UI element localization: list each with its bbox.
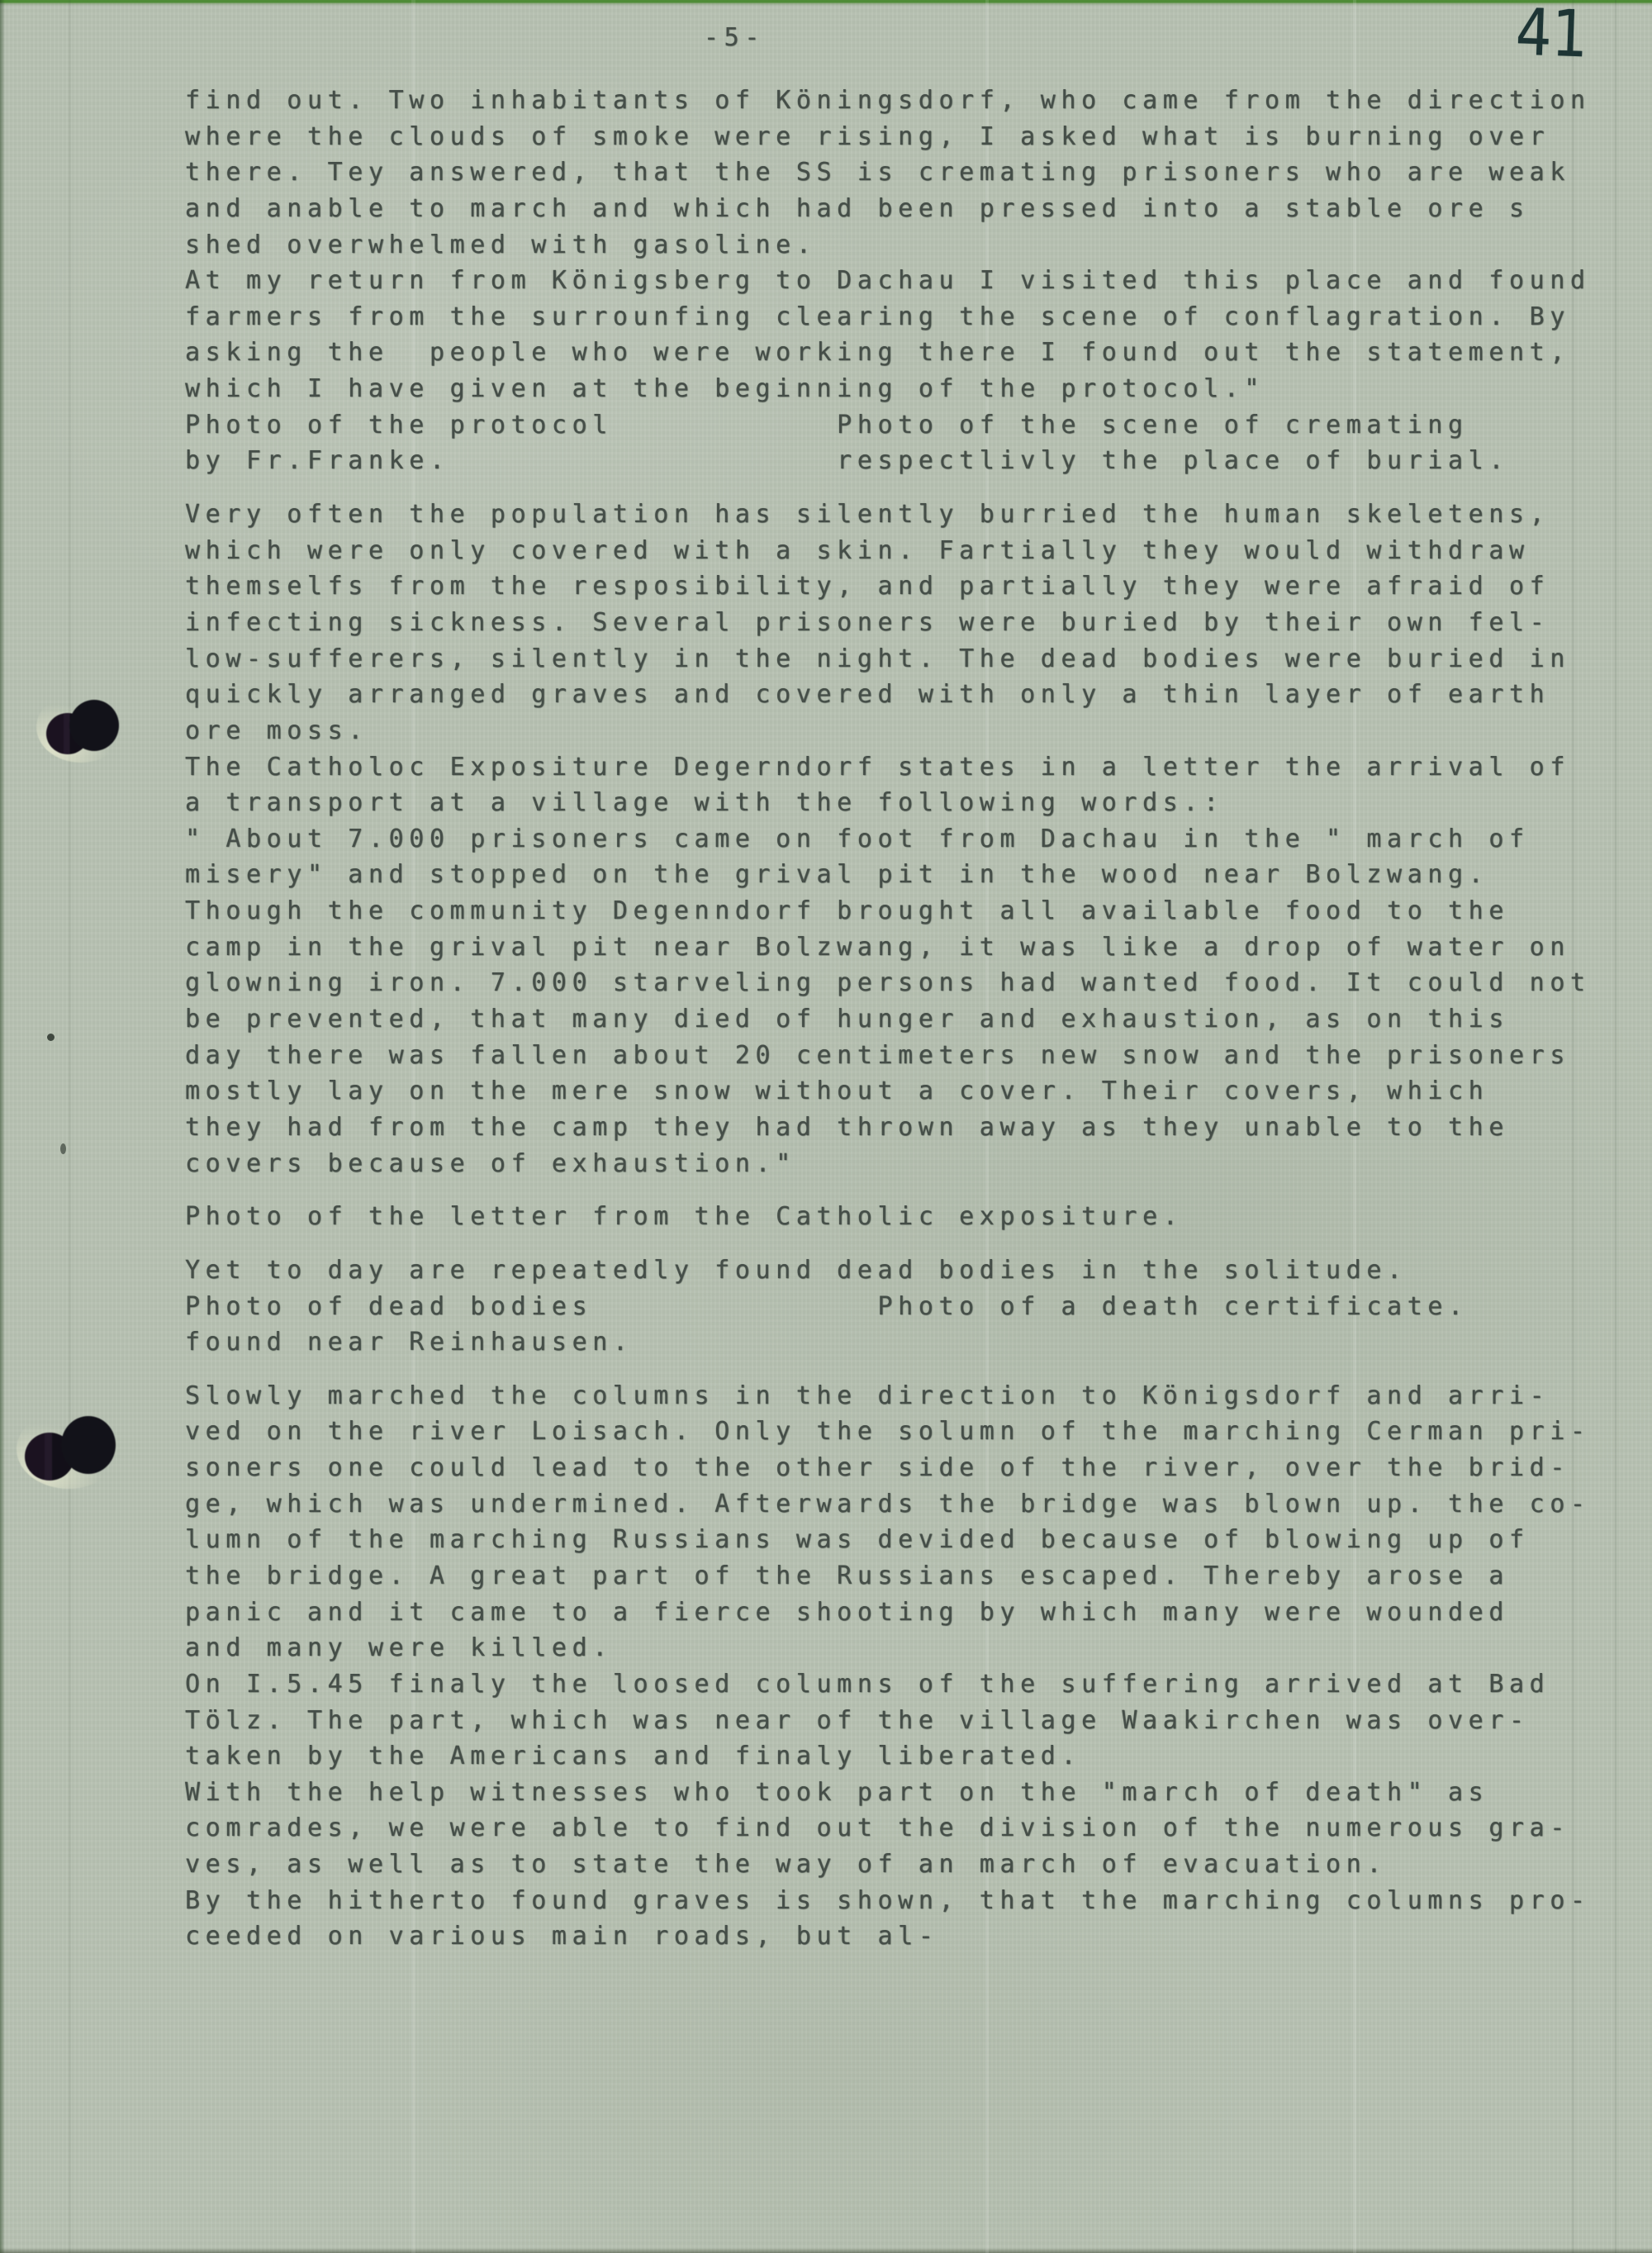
text-line: Photo of dead bodies Photo of a death ce… [185,1289,1614,1325]
text-line: Photo of the protocol Photo of the scene… [185,407,1614,444]
document-body: find out. Two inhabitants of Köningsdorf… [185,83,1614,1972]
text-line: soners one could lead to the other side … [185,1450,1614,1486]
text-line: The Catholoc Expositure Degerndorf state… [185,749,1614,786]
text-line: taken by the Americans and finaly libera… [185,1738,1614,1775]
text-line: found near Reinhausen. [185,1324,1614,1361]
text-line: themselfs from the resposibility, and pa… [185,568,1614,605]
text-line: ceeded on various main roads, but al- [185,1918,1614,1955]
page-bottom-edge [0,2248,1652,2253]
text-line: and anable to march and which had been p… [185,191,1614,227]
text-line: misery" and stopped on the grival pit in… [185,857,1614,893]
paragraph: Yet to day are repeatedly found dead bod… [185,1252,1614,1361]
text-line: ved on the river Loisach. Only the solum… [185,1414,1614,1450]
text-line: covers because of exhaustion." [185,1146,1614,1182]
text-line: they had from the camp they had thrown a… [185,1110,1614,1146]
text-line: asking the people who were working there… [185,335,1614,371]
text-line: Photo of the letter from the Catholic ex… [185,1199,1614,1235]
text-line: and many were killed. [185,1630,1614,1666]
scan-streak [69,0,71,2253]
text-line: On I.5.45 finaly the loosed columns of t… [185,1666,1614,1703]
paragraph: Photo of the letter from the Catholic ex… [185,1199,1614,1235]
text-line: farmers from the surrounfing clearing th… [185,299,1614,335]
text-line: Slowly marched the columns in the direct… [185,1378,1614,1414]
text-line: ore moss. [185,713,1614,749]
text-line: Tölz. The part, which was near of the vi… [185,1703,1614,1739]
text-line: mostly lay on the mere snow without a co… [185,1073,1614,1110]
text-line: camp in the grival pit near Bolzwang, it… [185,929,1614,966]
text-line: quickly arranged graves and covered with… [185,677,1614,713]
hole-punch-lobe [61,1416,116,1474]
handwritten-page-number: 41 [1514,0,1588,67]
text-line: Very often the population has silently b… [185,497,1614,533]
text-line: by Fr.Franke. respectlivly the place of … [185,443,1614,479]
text-line: ves, as well as to state the way of an m… [185,1847,1614,1883]
text-line: which were only covered with a skin. Far… [185,533,1614,569]
text-line: lumn of the marching Russians was devide… [185,1522,1614,1558]
text-line: comrades, we were able to find out the d… [185,1810,1614,1847]
text-line: find out. Two inhabitants of Köningsdorf… [185,83,1614,119]
page-number: -5- [704,23,765,52]
text-line: there. Tey answered, that the SS is crem… [185,154,1614,191]
hole-punch-lobe [69,700,119,751]
text-line: Though the community Degenndorf brought … [185,893,1614,929]
page-left-edge [0,0,5,2253]
hole-punch [21,1414,116,1484]
text-line: which I have given at the beginning of t… [185,371,1614,407]
text-line: the bridge. A great part of the Russians… [185,1558,1614,1595]
ink-speck [60,1143,66,1154]
paragraph: Very often the population has silently b… [185,497,1614,1181]
text-line: " About 7.000 prisoners came on foot fro… [185,821,1614,858]
text-line: With the help witnesses who took part on… [185,1775,1614,1811]
text-line: infecting sickness. Several prisoners we… [185,605,1614,641]
text-line: panic and it came to a fierce shooting b… [185,1595,1614,1631]
scanned-document-page: -5- 41 find out. Two inhabitants of Köni… [0,0,1652,2253]
paragraph: find out. Two inhabitants of Köningsdorf… [185,83,1614,479]
text-line: where the clouds of smoke were rising, I… [185,119,1614,155]
text-line: Yet to day are repeatedly found dead bod… [185,1252,1614,1289]
ink-speck [47,1034,55,1041]
scan-streak [1615,0,1616,2253]
text-line: shed overwhelmed with gasoline. [185,227,1614,264]
paragraph: Slowly marched the columns in the direct… [185,1378,1614,1955]
text-line: By the hitherto found graves is shown, t… [185,1883,1614,1919]
text-line: be prevented, that many died of hunger a… [185,1001,1614,1038]
text-line: ge, which was undermined. Afterwards the… [185,1486,1614,1523]
text-line: a transport at a village with the follow… [185,785,1614,821]
text-line: glowning iron. 7.000 starveling persons … [185,965,1614,1001]
text-line: day there was fallen about 20 centimeter… [185,1038,1614,1074]
hole-punch [41,696,121,758]
text-line: At my return from Königsberg to Dachau I… [185,263,1614,299]
page-top-edge [0,0,1652,6]
text-line: low-sufferers, silently in the night. Th… [185,641,1614,677]
